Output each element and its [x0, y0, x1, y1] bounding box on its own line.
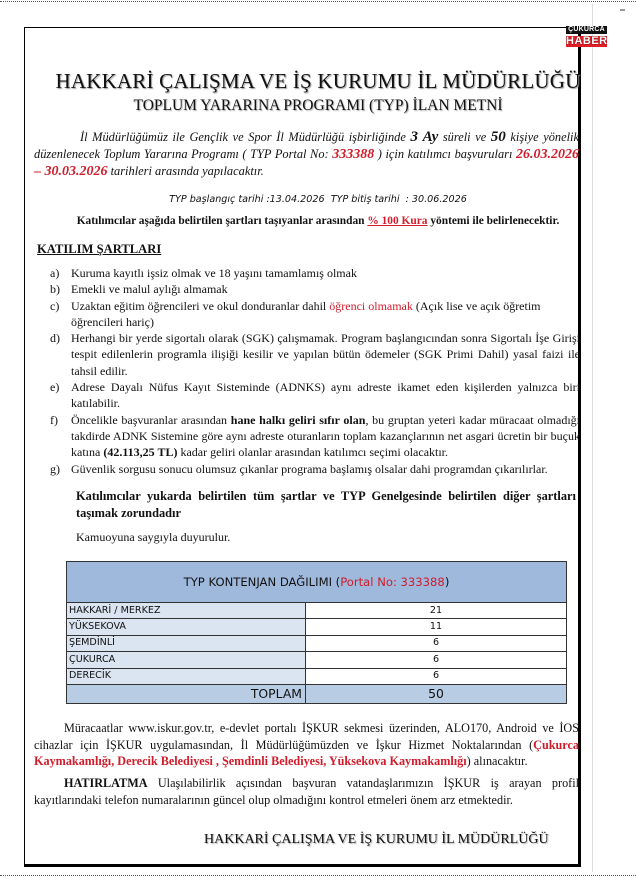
page-subtitle: TOPLUM YARARINA PROGRAMI (TYP) İLAN METN…: [0, 97, 636, 115]
intro-text: İl Müdürlüğümüz ile Gençlik ve Spor İl M…: [80, 130, 410, 144]
program-dates: TYP başlangıç tarihi :13.04.2026 TYP bit…: [0, 194, 636, 205]
intro-text: tarihleri arasında yapılacaktır.: [108, 164, 264, 178]
district-name: HAKKARİ / MERKEZ: [67, 603, 306, 619]
announcement-closing: Kamuoyuna saygıyla duyurulur.: [76, 530, 230, 545]
district-quota: 6: [306, 652, 567, 668]
total-label: TOPLAM: [67, 684, 306, 703]
top-dotted-border: [0, 1, 636, 2]
application-text: ) alınacaktır.: [467, 754, 528, 768]
signature: HAKKARİ ÇALIŞMA VE İŞ KURUMU İL MÜDÜRLÜĞ…: [204, 832, 549, 848]
district-quota: 6: [306, 635, 567, 651]
table-row: YÜKSEKOVA11: [67, 619, 567, 635]
condition-text: Kuruma kayıtlı işsiz olmak ve 18 yaşını …: [71, 266, 357, 280]
conditions-title: KATILIM ŞARTLARI: [37, 242, 161, 257]
intro-text: ) için katılımcı başvuruları: [374, 147, 516, 161]
condition-label: f): [50, 412, 58, 428]
condition-item: e)Adrese Dayalı Nüfus Kayıt Sisteminde (…: [50, 379, 580, 412]
condition-text: Herhangi bir yerde sigortalı olarak (SGK…: [71, 331, 580, 378]
condition-item: c)Uzaktan eğitim öğrencileri ve okul don…: [50, 298, 580, 331]
quota-table: TYP KONTENJAN DAĞILIMI (Portal No: 33338…: [66, 561, 567, 704]
district-name: ÇUKURCA: [67, 652, 306, 668]
condition-highlight: öğrenci olmamak: [329, 299, 413, 313]
quota-title-text: TYP KONTENJAN DAĞILIMI (: [184, 575, 341, 589]
condition-text: Öncelikle başvuranlar arasından: [71, 413, 231, 427]
application-info: Müracaatlar www.iskur.gov.tr, e-devlet p…: [34, 720, 579, 770]
participant-count: 50: [491, 129, 506, 145]
condition-label: b): [50, 281, 60, 297]
condition-bold: hane halkı geliri sıfır olan: [231, 413, 366, 427]
condition-item: b)Emekli ve malul aylığı almamak: [50, 281, 580, 297]
condition-text: Adrese Dayalı Nüfus Kayıt Sisteminde (AD…: [71, 380, 580, 410]
quota-table-header: TYP KONTENJAN DAĞILIMI (Portal No: 33338…: [67, 562, 567, 603]
obligation-line-2: taşımak zorundadır: [76, 506, 181, 520]
condition-label: a): [50, 265, 59, 281]
district-quota: 11: [306, 619, 567, 635]
quota-table-title: TYP KONTENJAN DAĞILIMI (Portal No: 33338…: [67, 562, 567, 603]
condition-item: a)Kuruma kayıtlı işsiz olmak ve 18 yaşın…: [50, 265, 580, 281]
condition-label: c): [50, 298, 59, 314]
right-margin-line: [592, 4, 593, 872]
district-name: DERECİK: [67, 668, 306, 684]
total-value: 50: [306, 684, 567, 703]
portal-number: 333388: [332, 147, 374, 162]
method-text: yöntemi ile belirlenecektir.: [428, 215, 560, 227]
selection-method: Katılımcılar aşağıda belirtilen şartları…: [0, 215, 636, 227]
obligation-note: Katılımcılar yukarda belirtilen tüm şart…: [76, 488, 576, 522]
condition-label: g): [50, 461, 60, 477]
district-name: YÜKSEKOVA: [67, 619, 306, 635]
condition-item: d)Herhangi bir yerde sigortalı olarak (S…: [50, 330, 580, 379]
start-date-value: :13.04.2026: [266, 194, 324, 205]
condition-label: e): [50, 379, 59, 395]
district-quota: 6: [306, 668, 567, 684]
condition-text: Güvenlik sorgusu sonucu olumsuz çıkanlar…: [71, 462, 548, 476]
bottom-dotted-border: [0, 875, 636, 876]
obligation-line-1: Katılımcılar yukarda belirtilen tüm şart…: [76, 488, 576, 505]
condition-text: Uzaktan eğitim öğrencileri ve okul dondu…: [71, 299, 329, 313]
intro-text: süreli ve: [438, 130, 491, 144]
quota-portal-number: Portal No: 333388: [340, 575, 445, 589]
reminder-label: HATIRLATMA: [64, 776, 148, 790]
quota-title-text: ): [445, 575, 450, 589]
end-date-label: TYP bitiş tarihi: [331, 194, 400, 205]
condition-text: kadar geliri olanlar arasından katılımcı…: [177, 445, 448, 459]
duration: 3 Ay: [410, 129, 438, 145]
condition-item: g)Güvenlik sorgusu sonucu olumsuz çıkanl…: [50, 461, 580, 477]
table-row: DERECİK6: [67, 668, 567, 684]
conditions-list: a)Kuruma kayıtlı işsiz olmak ve 18 yaşın…: [50, 265, 580, 477]
district-quota: 21: [306, 603, 567, 619]
logo-bottom-text: HABER: [566, 36, 607, 47]
table-row: ŞEMDİNLİ6: [67, 635, 567, 651]
condition-text: Emekli ve malul aylığı almamak: [71, 282, 228, 296]
page-title: HAKKARİ ÇALIŞMA VE İŞ KURUMU İL MÜDÜRLÜĞ…: [0, 69, 636, 94]
district-name: ŞEMDİNLİ: [67, 635, 306, 651]
table-total-row: TOPLAM50: [67, 684, 567, 703]
cukurca-haber-logo: ÇUKURCA HABER: [566, 18, 607, 47]
condition-label: d): [50, 330, 60, 346]
income-limit: (42.113,25 TL): [103, 445, 177, 459]
end-date-value: : 30.06.2026: [406, 194, 467, 205]
condition-item: f)Öncelikle başvuranlar arasından hane h…: [50, 412, 580, 461]
application-text: Müracaatlar www.iskur.gov.tr, e-devlet p…: [34, 721, 579, 752]
table-row: ÇUKURCA6: [67, 652, 567, 668]
intro-paragraph: İl Müdürlüğümüz ile Gençlik ve Spor İl M…: [34, 129, 579, 180]
reminder-paragraph: HATIRLATMA Ulaşılabilirlik açısından baş…: [34, 775, 579, 808]
method-text: Katılımcılar aşağıda belirtilen şartları…: [77, 215, 368, 227]
start-date-label: TYP başlangıç tarihi: [169, 194, 263, 205]
lottery-percentage: % 100 Kura: [367, 215, 427, 227]
minus-icon: [620, 9, 625, 11]
logo-top-text: ÇUKURCA: [566, 26, 607, 34]
table-row: HAKKARİ / MERKEZ21: [67, 603, 567, 619]
